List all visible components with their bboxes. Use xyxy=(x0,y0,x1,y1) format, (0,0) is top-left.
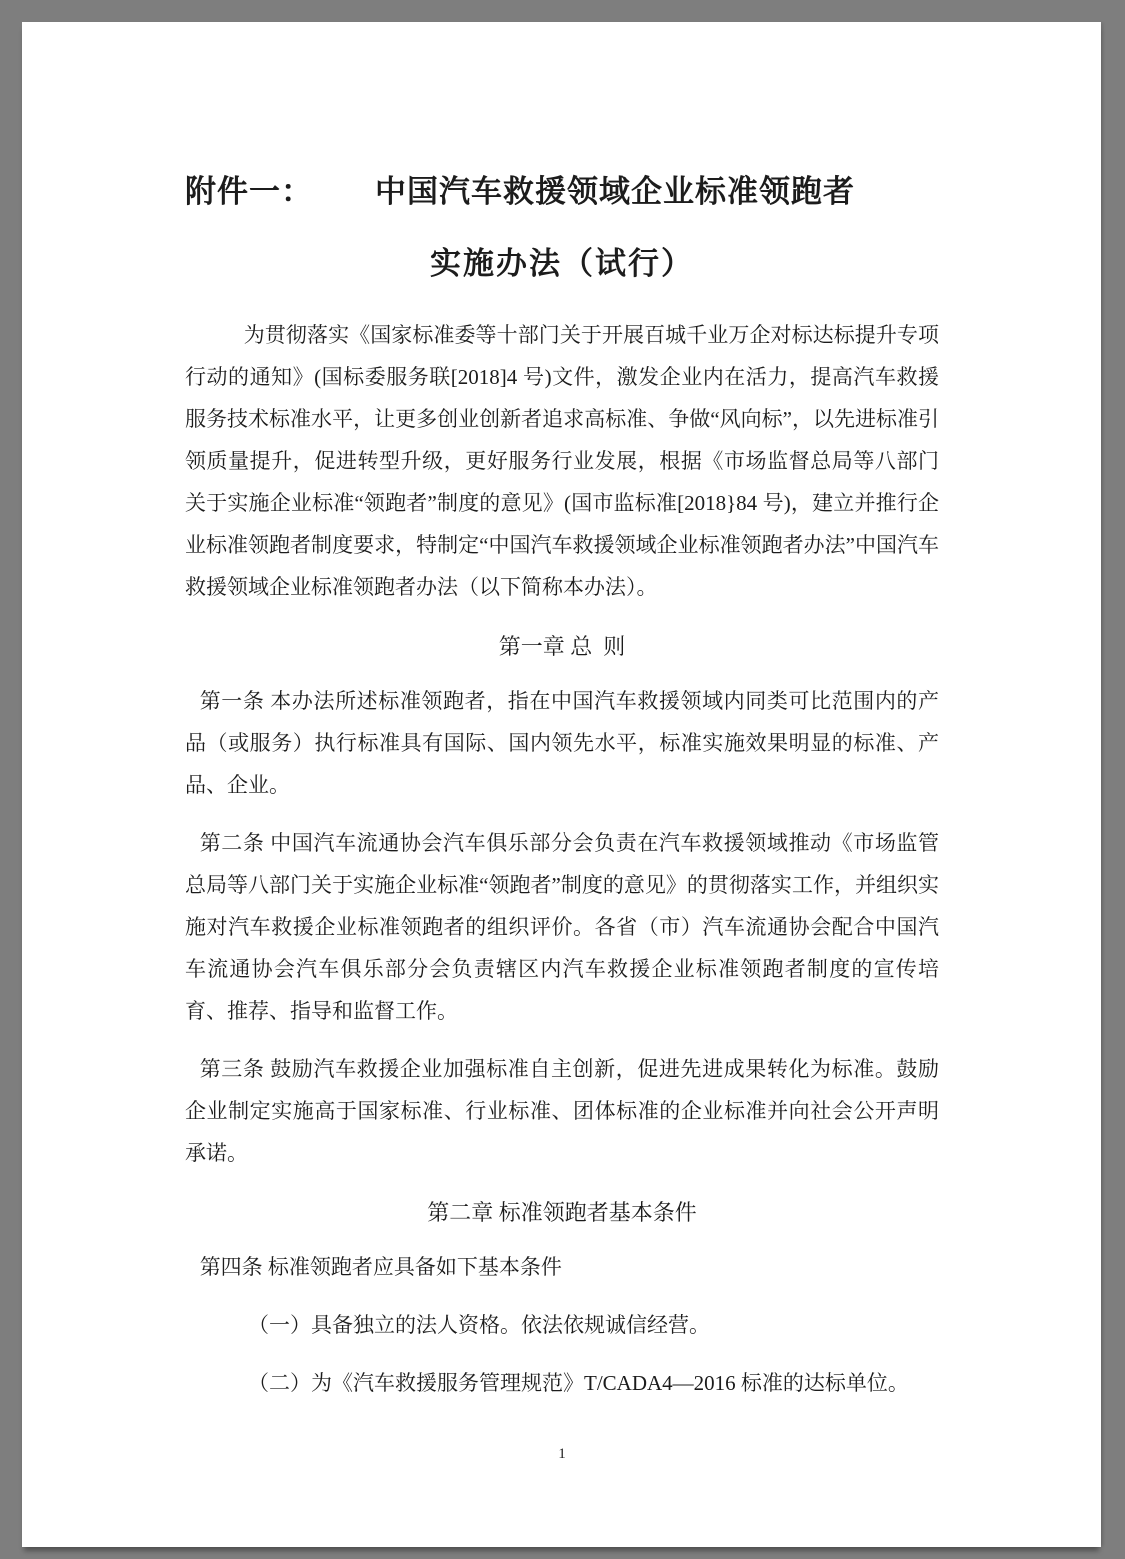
document-page: 附件一： 中国汽车救援领域企业标准领跑者 实施办法（试行） 为贯彻落实《国家标准… xyxy=(22,22,1101,1547)
document-title-line1: 中国汽车救援领域企业标准领跑者 xyxy=(375,170,855,214)
article-3-paragraph: 第三条 鼓励汽车救援企业加强标准自主创新，促进先进成果转化为标准。鼓励企业制定实… xyxy=(185,1048,939,1174)
article-4-item-1: （一）具备独立的法人资格。依法依规诚信经营。 xyxy=(185,1304,939,1346)
document-title-row: 附件一： 中国汽车救援领域企业标准领跑者 xyxy=(185,170,939,214)
intro-paragraph: 为贯彻落实《国家标准委等十部门关于开展百城千业万企对标达标提升专项行动的通知》(… xyxy=(185,314,939,608)
attachment-label: 附件一： xyxy=(185,170,313,214)
article-4-item-2: （二）为《汽车救援服务管理规范》T/CADA4—2016 标准的达标单位。 xyxy=(185,1362,939,1404)
chapter2-heading: 第二章 标准领跑者基本条件 xyxy=(185,1192,939,1234)
article-4-lead-paragraph: 第四条 标准领跑者应具备如下基本条件 xyxy=(185,1246,939,1288)
chapter1-heading: 第一章 总 则 xyxy=(185,626,939,668)
page-number: 1 xyxy=(185,1444,939,1464)
document-viewer-background: 附件一： 中国汽车救援领域企业标准领跑者 实施办法（试行） 为贯彻落实《国家标准… xyxy=(0,0,1125,1559)
article-1-paragraph: 第一条 本办法所述标准领跑者，指在中国汽车救援领域内同类可比范围内的产品（或服务… xyxy=(185,680,939,806)
document-title-line2: 实施办法（试行） xyxy=(185,242,939,286)
article-2-paragraph: 第二条 中国汽车流通协会汽车俱乐部分会负责在汽车救援领域推动《市场监管总局等八部… xyxy=(185,822,939,1032)
